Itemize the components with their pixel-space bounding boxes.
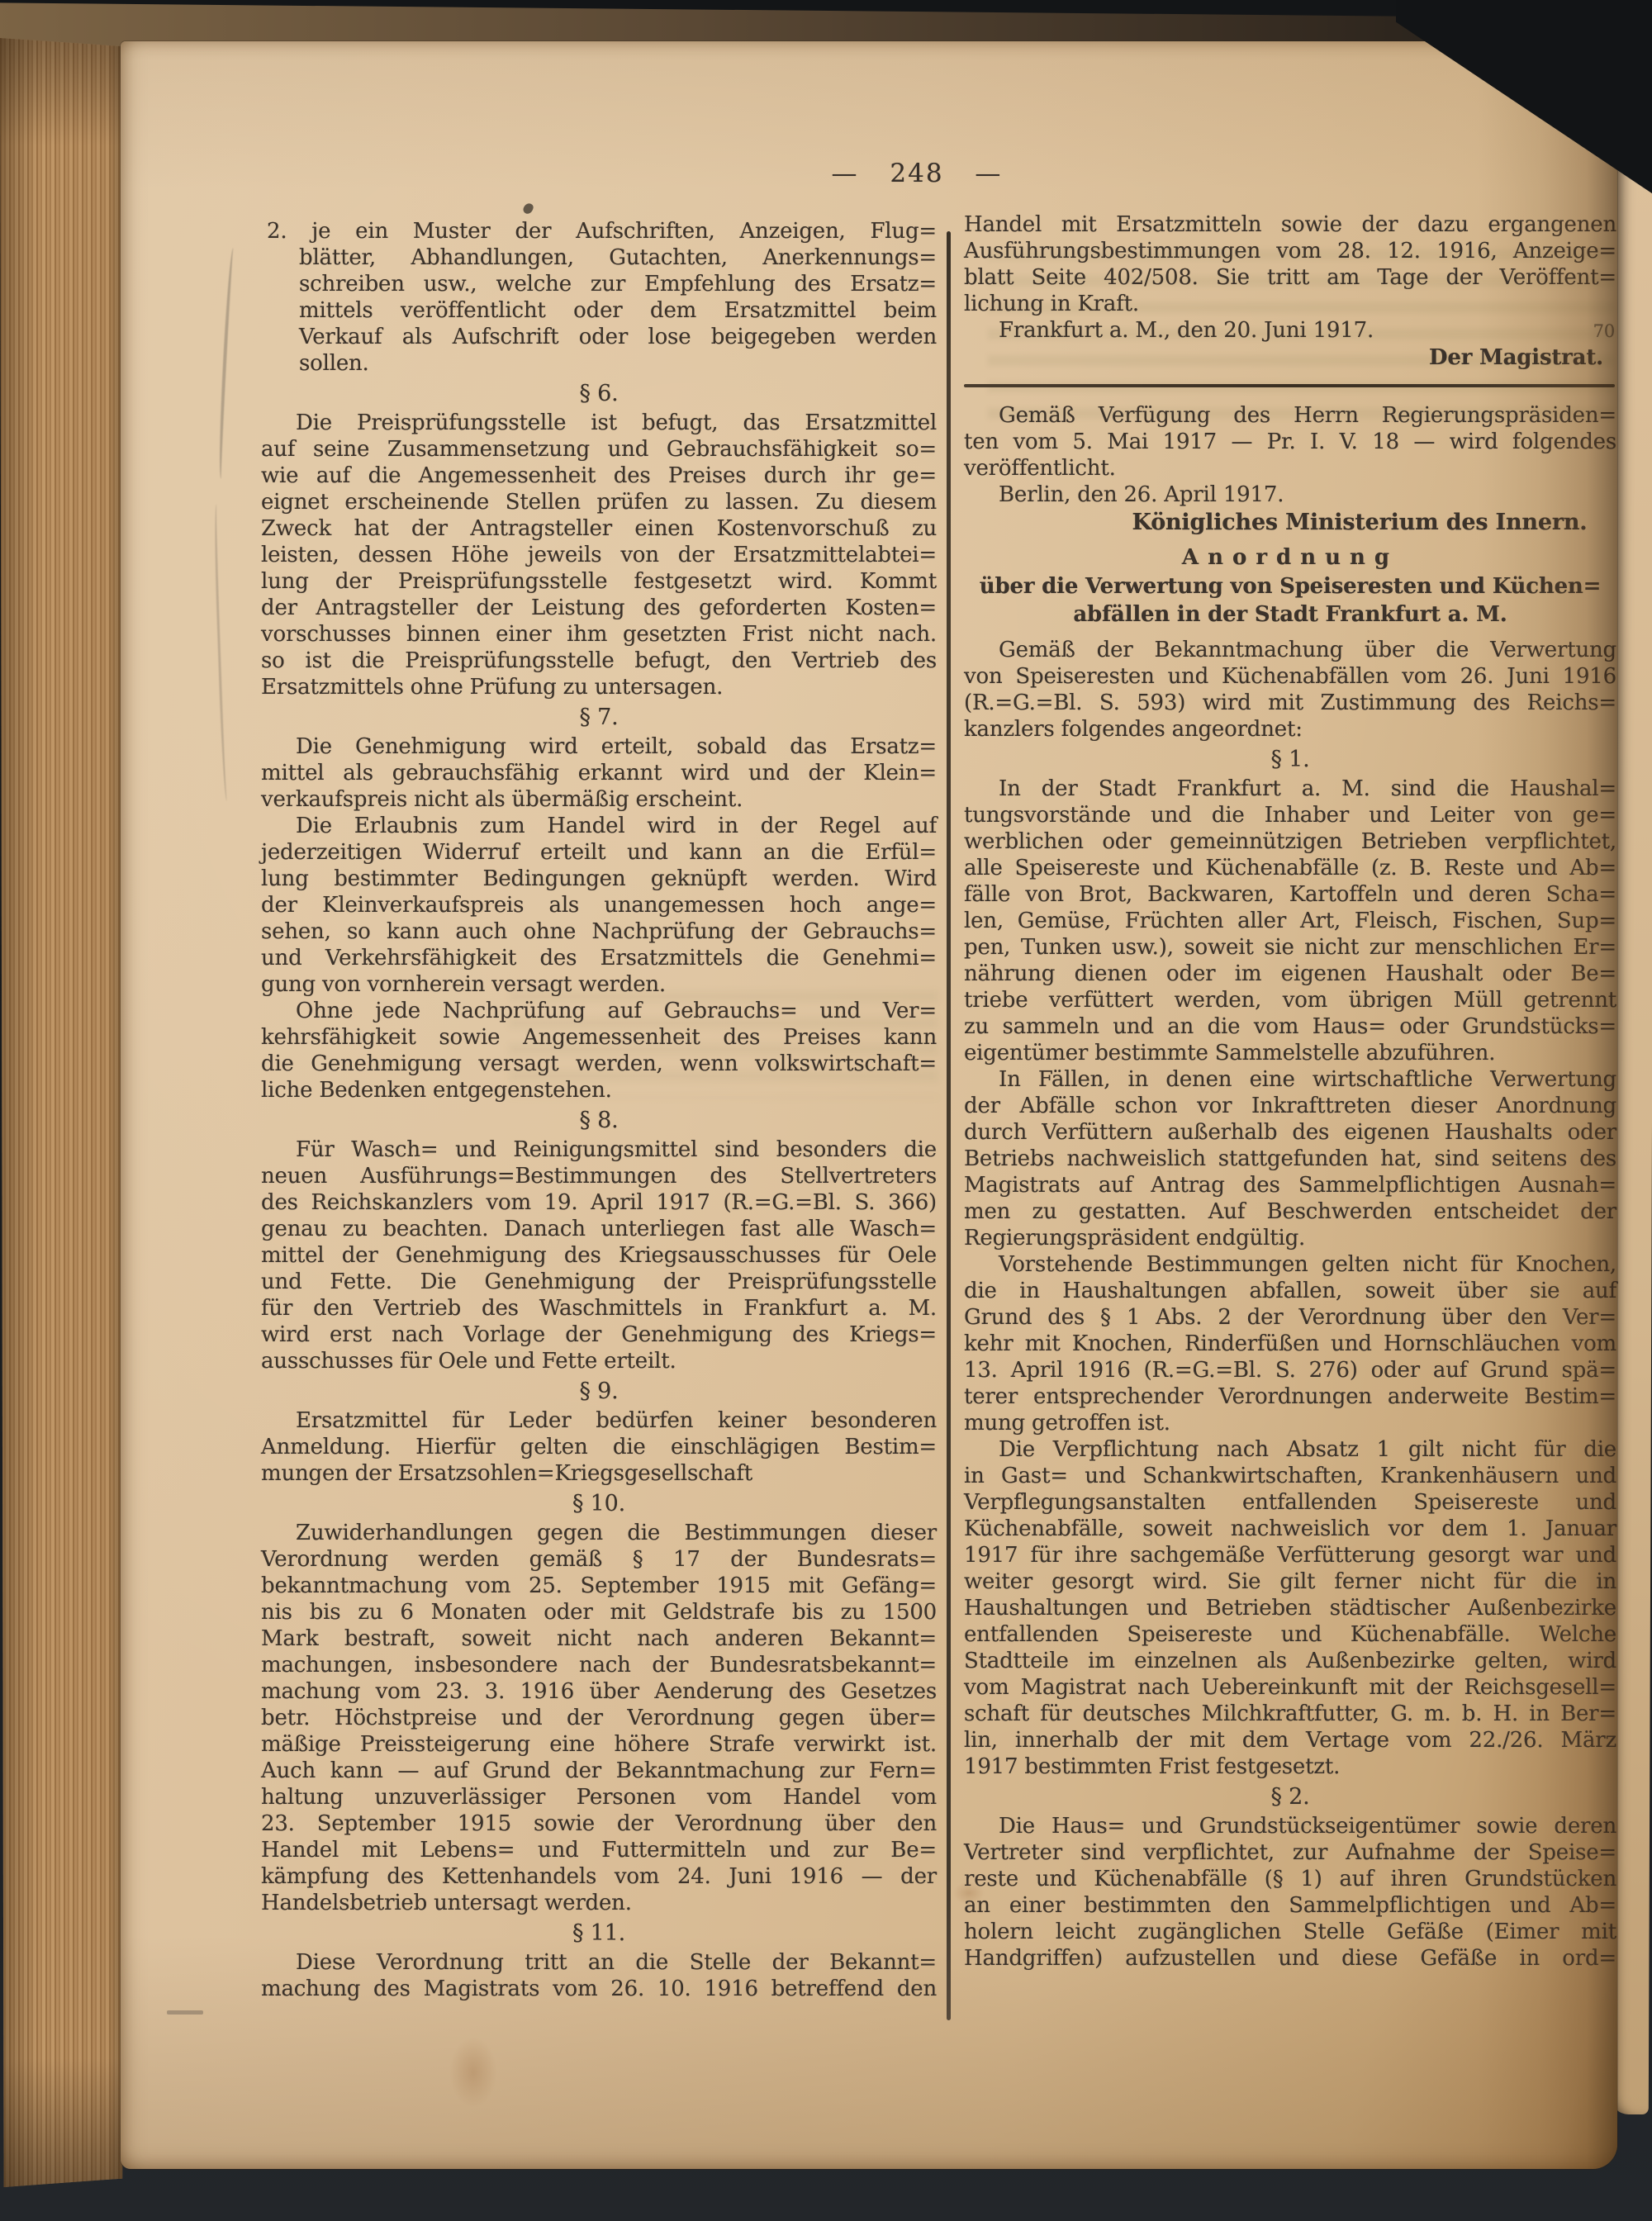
page-curl-shading [1477, 41, 1617, 2169]
paragraph: Für Wasch= und Reinigungsmittel sind bes… [261, 1137, 937, 1374]
text-line: nis bis zu 6 Monaten oder mit Geldstrafe… [261, 1599, 937, 1625]
text-line: des Reichskanzlers vom 19. April 1917 (R… [261, 1189, 937, 1216]
text-line: mittel der Genehmigung des Kriegsausschu… [261, 1242, 937, 1269]
text-line: eignet erscheinende Stellen prüfen zu la… [261, 489, 937, 515]
pencil-mark [217, 248, 238, 479]
text-line: Verkauf als Aufschrift oder lose beigege… [261, 324, 937, 350]
text-line: Ersatzmittel für Leder bedürfen keiner b… [261, 1407, 937, 1434]
text-line: sollen. [261, 350, 937, 377]
text-line: Anmeldung. Hierfür gelten die einschlägi… [261, 1434, 937, 1460]
text-line: Zweck hat der Antragsteller einen Kosten… [261, 515, 937, 542]
section-heading: § 7. [261, 705, 937, 731]
text-line: Handelsbetrieb untersagt werden. [261, 1890, 937, 1916]
text-line: verkaufspreis nicht als übermäßig ersche… [261, 786, 937, 813]
text-line: machung des Magistrats vom 26. 10. 1916 … [261, 1976, 937, 2002]
text-line: sehen, so kann auch ohne Nachprüfung der… [261, 918, 937, 945]
text-line: so ist die Preisprüfungsstelle befugt, d… [261, 648, 937, 674]
section-heading: § 6. [261, 381, 937, 407]
paragraph: Die Preisprüfungsstelle ist befugt, das … [261, 410, 937, 700]
page-number: — 248 — [169, 159, 1652, 188]
column-divider [947, 231, 951, 2020]
text-line: Die Genehmigung wird erteilt, sobald das… [261, 733, 937, 760]
pencil-mark [167, 2010, 203, 2015]
section-heading: § 10. [261, 1491, 937, 1517]
text-line: liche Bedenken entgegenstehen. [261, 1077, 937, 1103]
text-line: lung bestimmter Bedingungen geknüpft wer… [261, 866, 937, 892]
paragraph: Zuwiderhandlungen gegen die Bestimmungen… [261, 1520, 937, 1916]
text-line: neuen Ausführungs=Bestimmungen des Stell… [261, 1163, 937, 1189]
text-line: der Kleinverkaufspreis als unangemessen … [261, 892, 937, 918]
text-line: wird erst nach Vorlage der Genehmigung d… [261, 1322, 937, 1348]
paragraph: Diese Verordnung tritt an die Stelle der… [261, 1949, 937, 2002]
text-line: der Antragsteller der Leistung des gefor… [261, 595, 937, 621]
text-line: Ersatzmittels ohne Prüfung zu untersagen… [261, 674, 937, 700]
paragraph: Ersatzmittel für Leder bedürfen keiner b… [261, 1407, 937, 1487]
text-line: mungen der Ersatzsohlen=Kriegsgesellscha… [261, 1460, 937, 1487]
text-line: mäßige Preissteigerung eine höhere Straf… [261, 1731, 937, 1758]
book-scan-scene: — 248 — 2. je ein Muster der Aufschrifte… [0, 0, 1652, 2221]
dateline-text: Frankfurt a. M., den 20. Juni 1917. [964, 317, 1374, 344]
text-line: Ohne jede Nachprüfung auf Gebrauchs= und… [261, 998, 937, 1024]
text-line: schreiben usw., welche zur Empfehlung de… [261, 271, 937, 297]
ink-speck [522, 202, 534, 215]
text-line: Verordnung werden gemäß § 17 der Bundesr… [261, 1546, 937, 1573]
text-line: 2. je ein Muster der Aufschriften, Anzei… [261, 218, 937, 244]
text-line: genau zu beachten. Danach unterliegen fa… [261, 1216, 937, 1242]
paragraph: Die Genehmigung wird erteilt, sobald das… [261, 733, 937, 813]
text-line: machung vom 23. 3. 1916 über Aenderung d… [261, 1678, 937, 1705]
paper-stain [449, 2037, 497, 2108]
text-line: mittels veröffentlicht oder dem Ersatzmi… [261, 297, 937, 324]
text-line: ausschusses für Oele und Fette erteilt. [261, 1348, 937, 1374]
text-line: Für Wasch= und Reinigungsmittel sind bes… [261, 1137, 937, 1163]
text-line: haltung unzuverlässiger Personen vom Han… [261, 1784, 937, 1810]
page-stack-edge [0, 38, 126, 2187]
pencil-mark [213, 504, 233, 801]
text-line: Die Preisprüfungsstelle ist befugt, das … [261, 410, 937, 436]
text-line: und Verkehrsfähigkeit des Ersatzmittels … [261, 945, 937, 971]
left-column: 2. je ein Muster der Aufschriften, Anzei… [261, 218, 937, 2002]
list-item: 2. je ein Muster der Aufschriften, Anzei… [261, 218, 937, 377]
paragraph: Die Erlaubnis zum Handel wird in der Reg… [261, 813, 937, 998]
text-line: Diese Verordnung tritt an die Stelle der… [261, 1949, 937, 1976]
text-line: Auch kann — auf Grund der Bekanntmachung… [261, 1758, 937, 1784]
text-line: blätter, Abhandlungen, Gutachten, Anerke… [261, 244, 937, 271]
section-heading: § 11. [261, 1920, 937, 1947]
text-line: kehrsfähigkeit sowie Angemessenheit des … [261, 1024, 937, 1051]
text-line: mittel als gebrauchsfähig erkannt wird u… [261, 760, 937, 786]
text-line: gung von vornherein versagt werden. [261, 971, 937, 998]
text-line: die Genehmigung versagt werden, wenn vol… [261, 1051, 937, 1077]
text-line: Zuwiderhandlungen gegen die Bestimmungen… [261, 1520, 937, 1546]
text-line: und Fette. Die Genehmigung der Preisprüf… [261, 1269, 937, 1295]
text-line: bekanntmachung vom 25. September 1915 mi… [261, 1573, 937, 1599]
text-line: kämpfung des Kettenhandels vom 24. Juni … [261, 1863, 937, 1890]
text-line: für den Vertrieb des Waschmittels in Fra… [261, 1295, 937, 1322]
text-line: leisten, dessen Höhe jeweils von der Ers… [261, 542, 937, 568]
text-line: vorschusses binnen einer ihm gesetzten F… [261, 621, 937, 648]
text-line: Mark bestraft, soweit nicht nach anderen… [261, 1625, 937, 1652]
text-line: auf seine Zusammensetzung und Gebrauchsf… [261, 436, 937, 463]
text-line: machungen, insbesondere nach der Bundesr… [261, 1652, 937, 1678]
text-line: Die Erlaubnis zum Handel wird in der Reg… [261, 813, 937, 839]
text-line: 23. September 1915 sowie der Verordnung … [261, 1810, 937, 1837]
section-heading: § 9. [261, 1379, 937, 1405]
text-line: Handel mit Lebens= und Futtermitteln und… [261, 1837, 937, 1863]
paragraph: Ohne jede Nachprüfung auf Gebrauchs= und… [261, 998, 937, 1103]
text-line: lung der Preisprüfungsstelle festgesetzt… [261, 568, 937, 595]
text-line: wie auf die Angemessenheit des Preises d… [261, 463, 937, 489]
section-heading: § 8. [261, 1108, 937, 1134]
document-page: — 248 — 2. je ein Muster der Aufschrifte… [121, 41, 1617, 2169]
text-line: betr. Höchstpreise und der Verordnung ge… [261, 1705, 937, 1731]
text-line: jederzeitigen Widerruf erteilt und kann … [261, 839, 937, 866]
